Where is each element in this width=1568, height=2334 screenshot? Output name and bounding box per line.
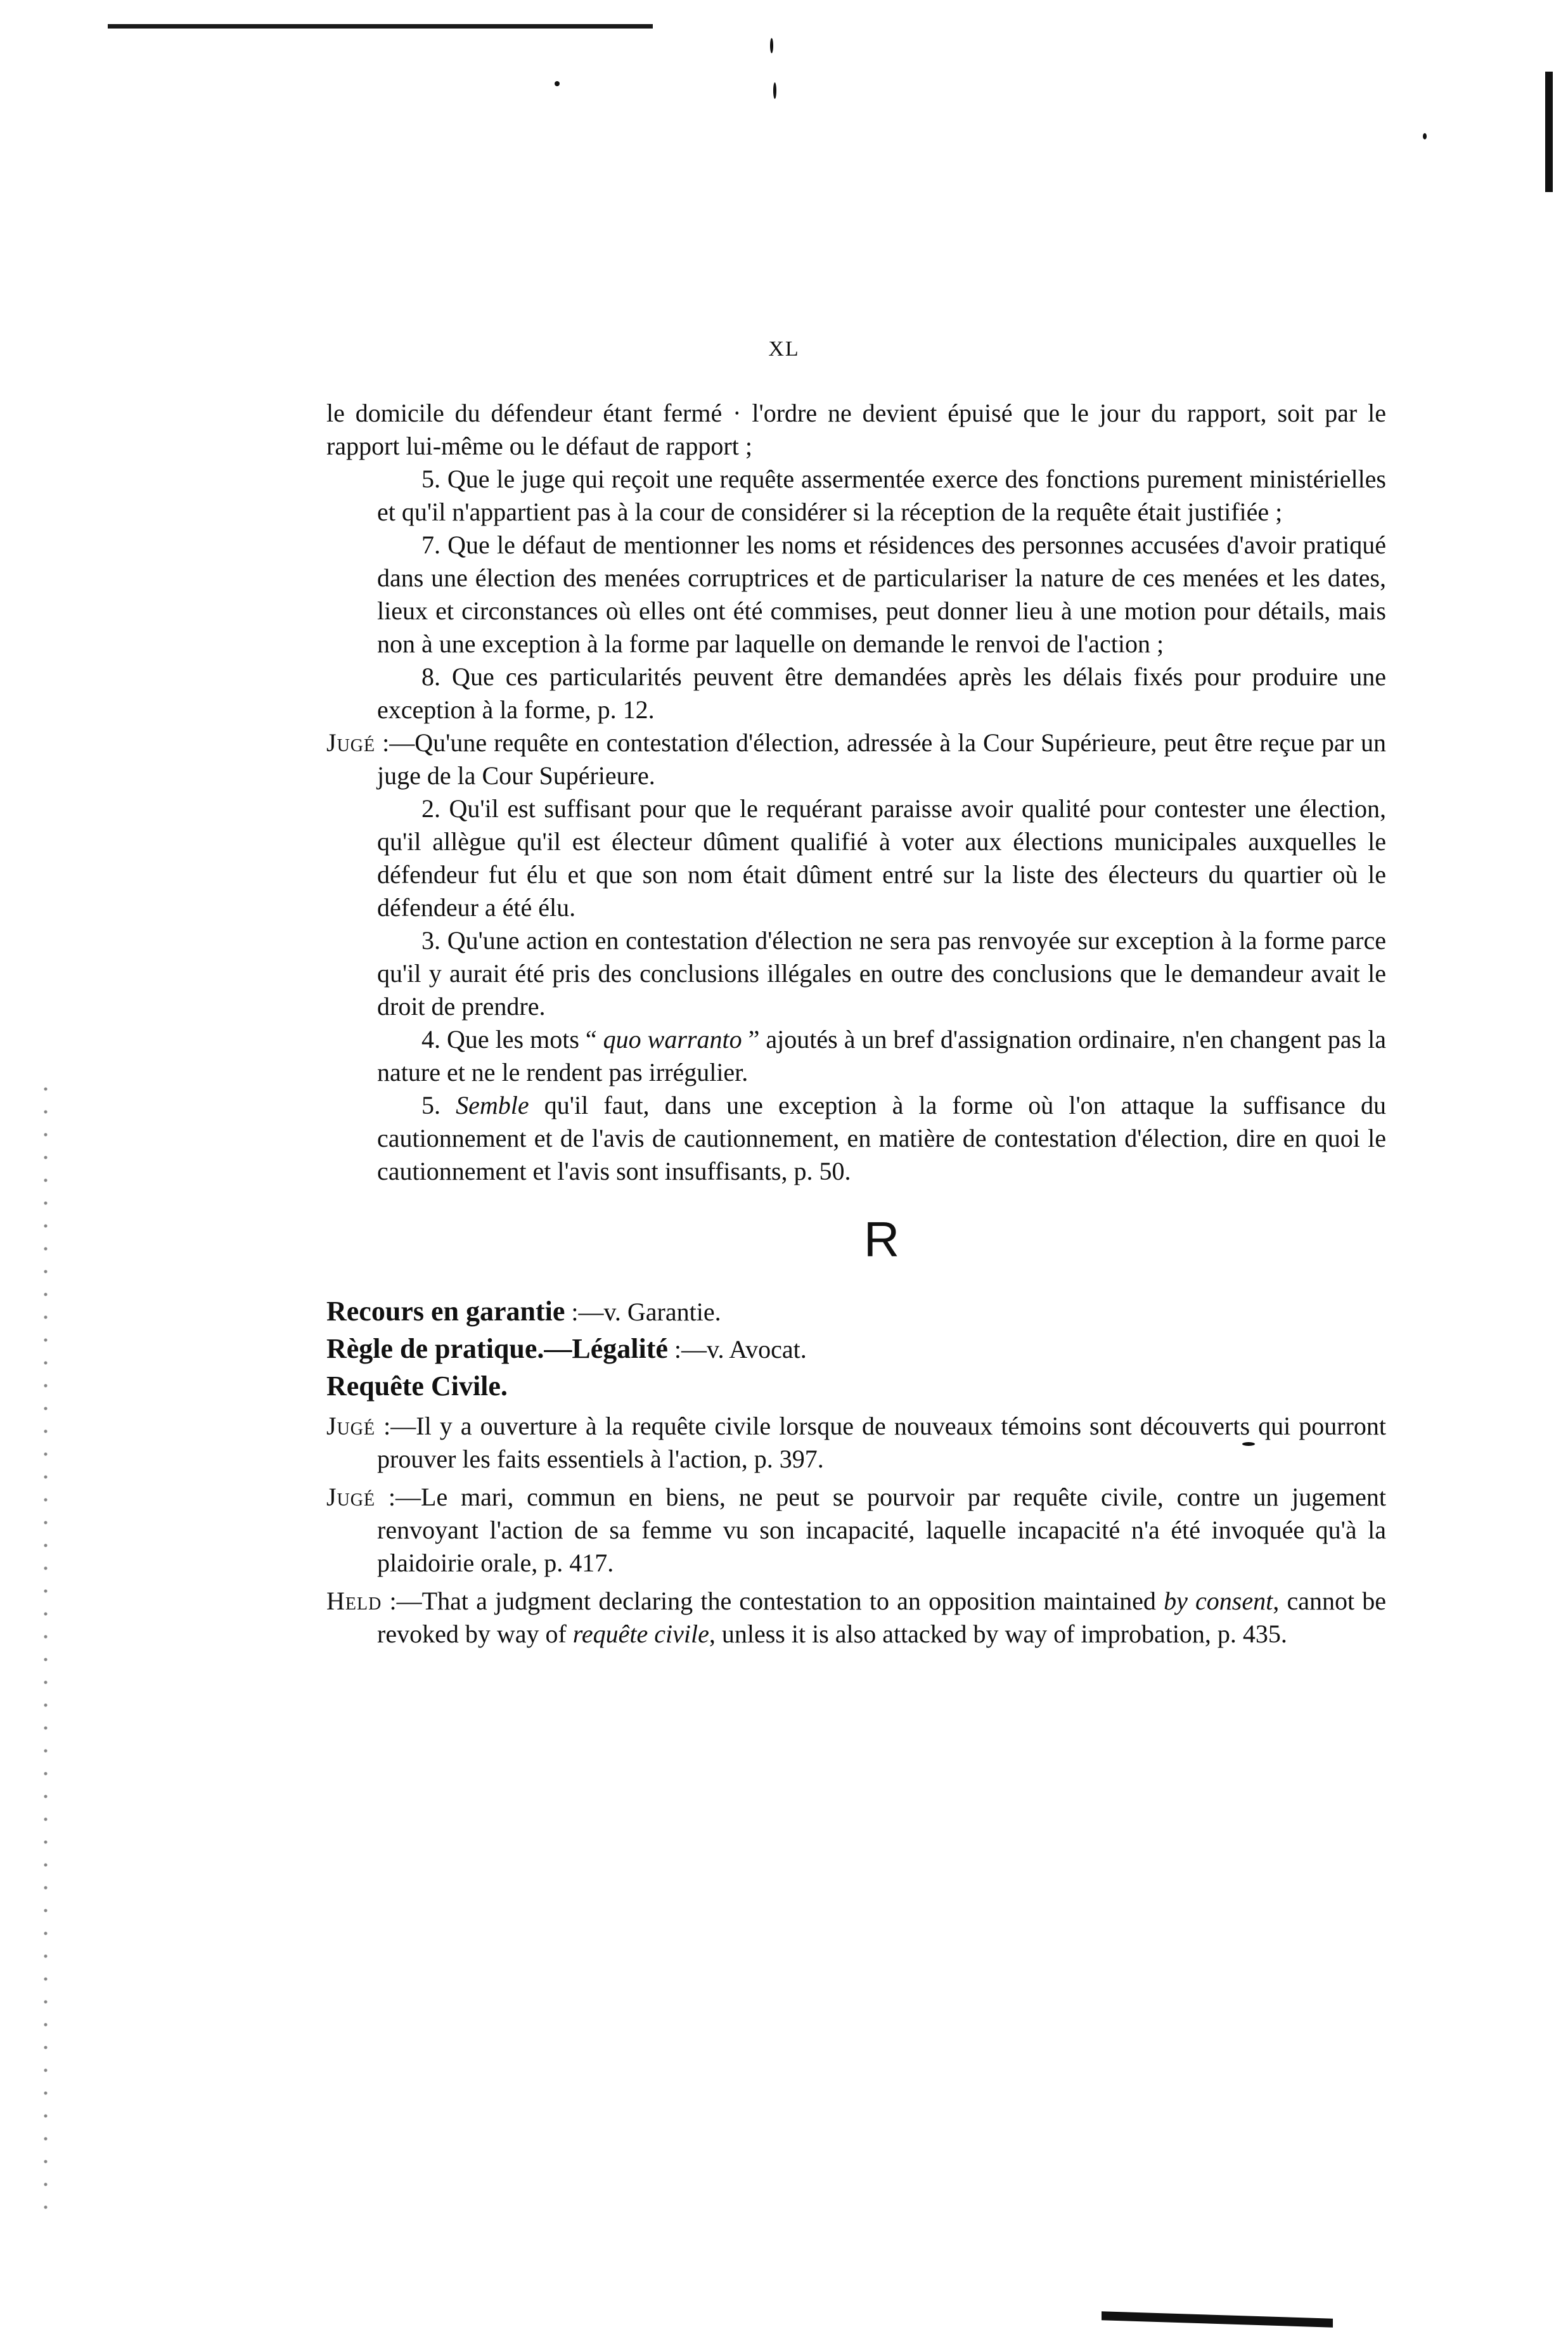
item-5: 5. Que le juge qui reçoit une requête as…: [326, 463, 1386, 529]
item-8: 8. Que ces particularités peuvent être d…: [326, 661, 1386, 726]
scan-speck: [555, 81, 560, 86]
heading-title: Recours en garantie: [326, 1296, 565, 1327]
heading-requete-civile: Requête Civile.: [326, 1368, 1386, 1405]
held-italic-1: by consent: [1164, 1587, 1273, 1615]
scan-bottom-rule: [1102, 2311, 1333, 2327]
juge-label: Jugé: [326, 1412, 375, 1440]
page-number: XL: [0, 337, 1568, 361]
held-label: Held: [326, 1587, 382, 1615]
item-7: 7. Que le défaut de mentionner les noms …: [326, 529, 1386, 661]
held-text-3: , unless it is also attacked by way of i…: [709, 1620, 1287, 1648]
item-5-suffix: qu'il faut, dans une exception à la form…: [377, 1091, 1386, 1185]
scan-speck: [1423, 133, 1427, 139]
heading-title: Requête Civile.: [326, 1370, 508, 1402]
heading-recours-en-garantie: Recours en garantie :—v. Garantie.: [326, 1293, 1386, 1331]
juge-text: :—Le mari, commun en biens, ne peut se p…: [375, 1483, 1386, 1577]
item-4: 4. Que les mots “ quo warranto ” ajoutés…: [326, 1023, 1386, 1089]
juge-text: :—Il y a ouverture à la requête civile l…: [375, 1412, 1386, 1473]
juge-label: Jugé: [326, 728, 375, 757]
item-2: 2. Qu'il est suffisant pour que le requé…: [326, 792, 1386, 924]
scan-speck: [770, 38, 773, 53]
held-text-1: :—That a judgment declaring the contesta…: [382, 1587, 1164, 1615]
item-4-prefix: 4. Que les mots “: [421, 1025, 603, 1054]
scan-top-rule: [108, 24, 653, 29]
item-5-prefix: 5.: [421, 1091, 456, 1119]
juge-entry: Jugé :—Le mari, commun en biens, ne peut…: [326, 1481, 1386, 1580]
scan-right-edge-mark: [1545, 72, 1553, 192]
item-4-italic: quo warranto: [603, 1025, 742, 1054]
heading-ref: :—v. Garantie.: [565, 1298, 721, 1326]
juge-label: Jugé: [326, 1483, 375, 1511]
juge-entry: Jugé :—Il y a ouverture à la requête civ…: [326, 1410, 1386, 1476]
juge-entry: Jugé :—Qu'une requête en contestation d'…: [326, 726, 1386, 792]
document-body: le domicile du défendeur étant fermé · l…: [326, 397, 1386, 1651]
scan-left-margin-specks: [42, 1078, 67, 2219]
heading-regle-de-pratique: Règle de pratique.—Légalité :—v. Avocat.: [326, 1331, 1386, 1368]
scan-speck: [773, 82, 776, 99]
juge-text: :—Qu'une requête en contestation d'élect…: [375, 728, 1386, 790]
heading-ref: :—v. Avocat.: [668, 1335, 807, 1364]
item-5-italic: Semble: [456, 1091, 529, 1119]
item-5-semble: 5. Semble qu'il faut, dans une exception…: [326, 1089, 1386, 1188]
held-italic-2: requête civile: [573, 1620, 709, 1648]
item-3: 3. Qu'une action en contestation d'élect…: [326, 924, 1386, 1023]
held-entry: Held :—That a judgment declaring the con…: [326, 1585, 1386, 1651]
heading-title: Règle de pratique.—Légalité: [326, 1333, 668, 1364]
continuation-paragraph: le domicile du défendeur étant fermé · l…: [326, 397, 1386, 463]
section-letter: R: [326, 1204, 1386, 1274]
